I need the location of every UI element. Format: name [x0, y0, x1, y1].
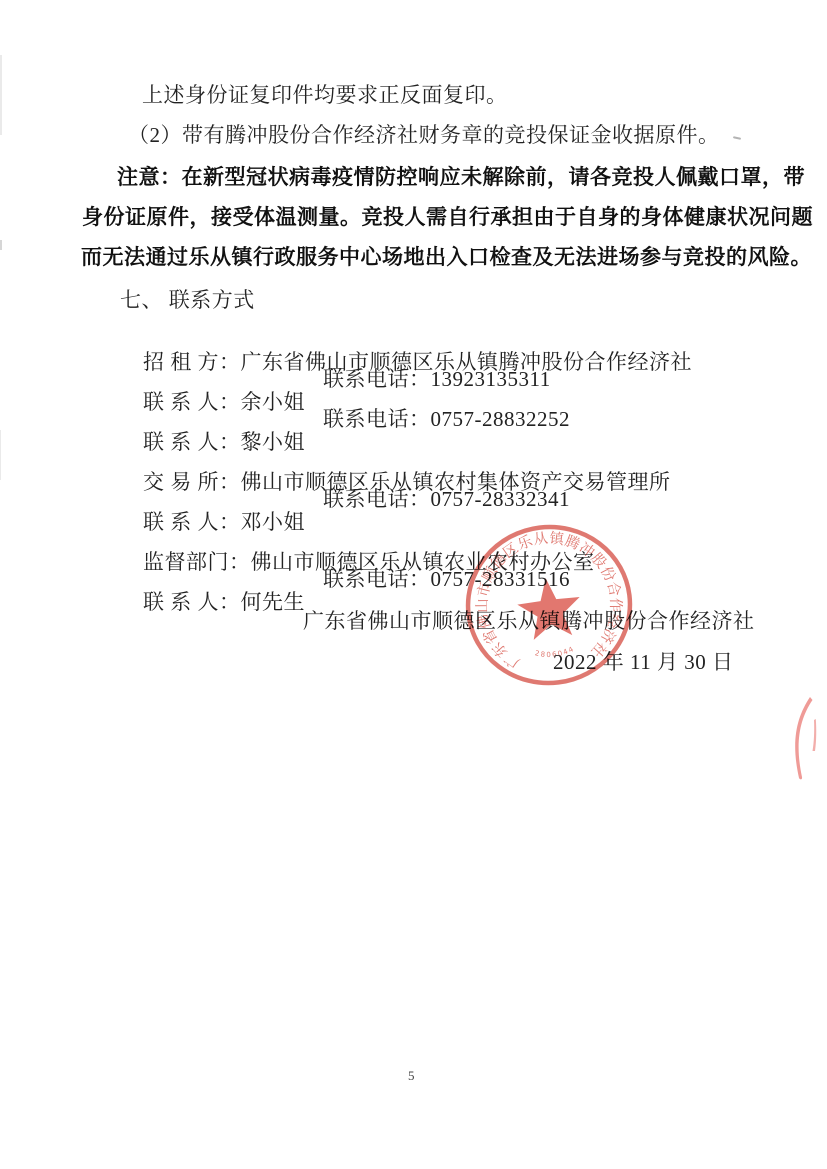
red-stamp-artifact [786, 694, 820, 786]
section-title-contact: 七、 联系方式 [120, 289, 255, 312]
notice-line-2: 身份证原件，接受体温测量。竞投人需自行承担由于自身的身体健康状况问题 [82, 206, 813, 229]
edge-artifact [0, 240, 2, 250]
contact-label: 联 系 人： [143, 590, 241, 614]
contact-phone: 联系电话：0757-28331516 [323, 568, 570, 591]
document-page: 上述身份证复印件均要求正反面复印。 （2）带有腾冲股份合作经济社财务章的竞投保证… [0, 0, 827, 1169]
contact-phone: 联系电话：0757-28832252 [323, 408, 570, 431]
edge-artifact [0, 55, 2, 135]
paragraph-deposit-receipt: （2）带有腾冲股份合作经济社财务章的竞投保证金收据原件。 [128, 124, 720, 147]
phone-label: 联系电话： [323, 487, 431, 511]
contact-phone: 联系电话：13923135311 [323, 368, 551, 391]
page-number: 5 [408, 1068, 416, 1084]
phone-number: 0757-28331516 [431, 567, 571, 591]
phone-number: 13923135311 [431, 367, 551, 391]
signature-line: 广东省佛山市顺德区乐从镇腾冲股份合作经济社 [303, 610, 755, 633]
phone-number: 0757-28832252 [431, 407, 571, 431]
edge-artifact [0, 430, 1, 480]
scan-speck [733, 136, 741, 140]
notice-line-1: 注意：在新型冠状病毒疫情防控响应未解除前，请各竞投人佩戴口罩，带 [117, 166, 805, 189]
phone-label: 联系电话： [323, 367, 431, 391]
phone-label: 联系电话： [323, 407, 431, 431]
notice-line-3: 而无法通过乐从镇行政服务中心场地出入口检查及无法进场参与竞投的风险。 [81, 246, 812, 269]
phone-label: 联系电话： [323, 567, 431, 591]
contact-value: 何先生 [241, 590, 306, 614]
contact-row-person-he: 联 系 人：何先生 联系电话：0757-28331516 [120, 568, 305, 660]
paragraph-copy-requirement: 上述身份证复印件均要求正反面复印。 [142, 84, 508, 107]
date-line: 2022 年 11 月 30 日 [553, 651, 733, 674]
contact-phone: 联系电话：0757-28332341 [323, 488, 570, 511]
phone-number: 0757-28332341 [431, 487, 571, 511]
